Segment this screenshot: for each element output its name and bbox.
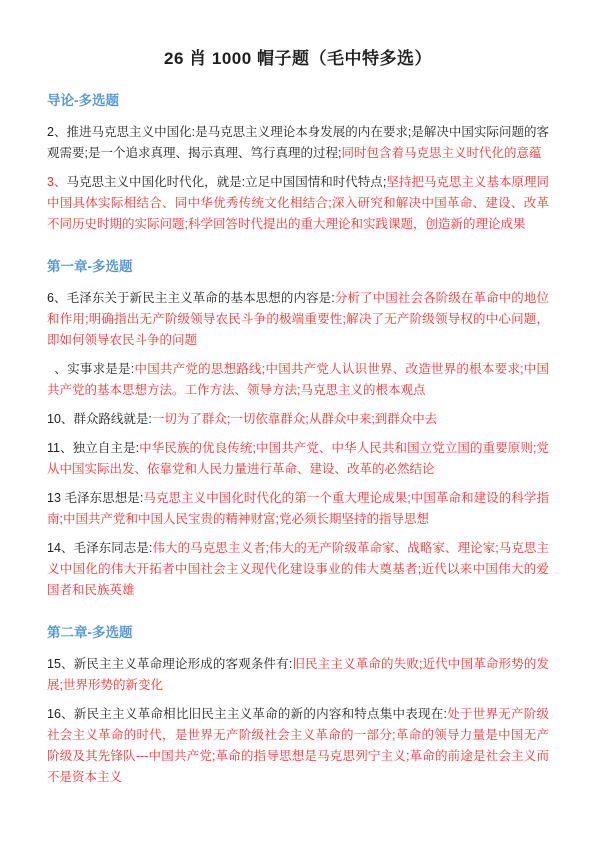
document-body: 导论-多选题2、推进马克思主义中国化:是马克思主义理论本身发展的内在要求;是解决… — [47, 91, 549, 788]
section-heading: 第二章-多选题 — [47, 623, 549, 642]
question-paragraph: 15、新民主主义革命理论形成的客观条件有:旧民主主义革命的失败;近代中国革命形势… — [47, 654, 549, 696]
document-title: 26 肖 1000 帽子题（毛中特多选） — [47, 46, 549, 72]
question-stem-text: 10、群众路线就是: — [47, 412, 152, 426]
question-stem-text: 13 毛泽东思想是: — [47, 491, 143, 505]
question-paragraph: 11、独立自主是:中华民族的优良传统;中国共产党、中华人民共和国立党立国的重要原… — [47, 438, 549, 480]
section-heading: 第一章-多选题 — [47, 257, 549, 276]
answer-highlight-text: 同时包含着马克思主义时代化的意蕴 — [341, 146, 541, 160]
document-page: 26 肖 1000 帽子题（毛中特多选） 导论-多选题2、推进马克思主义中国化:… — [0, 0, 596, 842]
question-stem-text: 11、独立自主是: — [47, 441, 139, 455]
question-stem-text: 6、毛泽东关于新民主主义革命的基本思想的内容是: — [47, 291, 335, 305]
question-paragraph: 14、毛泽东同志是:伟大的马克思主义者;伟大的无产阶级革命家、战略家、理论家;马… — [47, 538, 549, 601]
answer-highlight-text: 3、 — [47, 175, 66, 189]
section: 第一章-多选题6、毛泽东关于新民主主义革命的基本思想的内容是:分析了中国社会各阶… — [47, 257, 549, 601]
question-paragraph: 3、马克思主义中国化时代化，就是:立足中国国情和时代特点;坚持把马克思主义基本原… — [47, 172, 549, 235]
question-stem-text: 15、新民主主义革命理论形成的客观条件有: — [47, 657, 292, 671]
question-paragraph: 10、群众路线就是:一切为了群众;一切依靠群众;从群众中来;到群众中去 — [47, 409, 549, 430]
question-paragraph: 、实事求是是:中国共产党的思想路线;中国共产党人认识世界、改造世界的根本要求;中… — [47, 359, 549, 401]
question-stem-text: 、实事求是是: — [47, 362, 134, 376]
question-stem-text: 16、新民主主义革命相比旧民主主义革命的新的内容和特点集中表现在: — [47, 707, 447, 721]
question-stem-text: 马克思主义中国化时代化，就是:立足中国国情和时代特点; — [66, 175, 386, 189]
section: 第二章-多选题15、新民主主义革命理论形成的客观条件有:旧民主主义革命的失败;近… — [47, 623, 549, 788]
answer-highlight-text: 一切为了群众;一切依靠群众;从群众中来;到群众中去 — [152, 412, 437, 426]
section: 导论-多选题2、推进马克思主义中国化:是马克思主义理论本身发展的内在要求;是解决… — [47, 91, 549, 235]
section-heading: 导论-多选题 — [47, 91, 549, 110]
question-paragraph: 16、新民主主义革命相比旧民主主义革命的新的内容和特点集中表现在:处于世界无产阶… — [47, 704, 549, 788]
question-stem-text: 14、毛泽东同志是: — [47, 541, 152, 555]
question-paragraph: 2、推进马克思主义中国化:是马克思主义理论本身发展的内在要求;是解决中国实际问题… — [47, 122, 549, 164]
question-paragraph: 6、毛泽东关于新民主主义革命的基本思想的内容是:分析了中国社会各阶级在革命中的地… — [47, 288, 549, 351]
question-paragraph: 13 毛泽东思想是:马克思主义中国化时代化的第一个重大理论成果;中国革命和建设的… — [47, 488, 549, 530]
